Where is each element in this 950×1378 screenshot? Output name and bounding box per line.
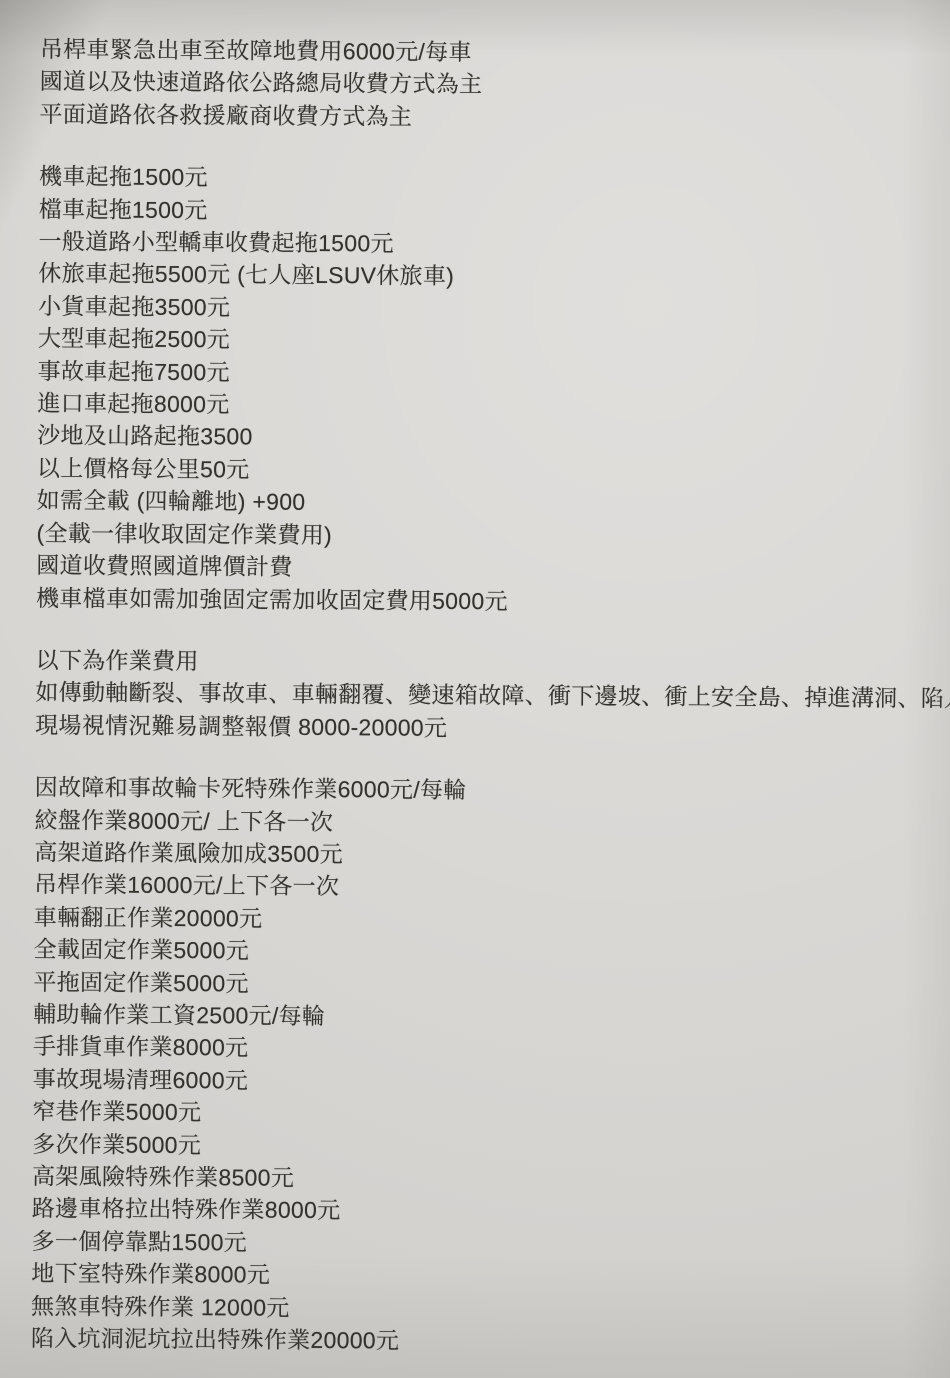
section-towing-base-fees: 機車起拖1500元檔車起拖1500元一般道路小型轎車收費起拖1500元休旅車起拖… bbox=[36, 160, 939, 620]
price-line: 機車檔車如需加強固定需加收固定費用5000元 bbox=[36, 581, 936, 620]
price-line: 陷入坑洞泥坑拉出特殊作業20000元 bbox=[31, 1322, 931, 1361]
price-list-document: 吊桿車緊急出車至故障地費用6000元/每車國道以及快速道路依公路總局收費方式為主… bbox=[31, 33, 940, 1361]
section-work-fee-intro: 以下為作業費用如傳動軸斷裂、事故車、車輛翻覆、變速箱故障、衝下邊坡、衝上安全島、… bbox=[35, 644, 936, 747]
price-line: 平面道路依各救援廠商收費方式為主 bbox=[39, 98, 939, 137]
price-line: 現場視情況難易調整報價 8000-20000元 bbox=[35, 709, 935, 748]
section-special-work-fees: 因故障和事故輪卡死特殊作業6000元/每輪絞盤作業8000元/ 上下各一次高架道… bbox=[31, 771, 935, 1361]
section-general-notes: 吊桿車緊急出車至故障地費用6000元/每車國道以及快速道路依公路總局收費方式為主… bbox=[39, 33, 940, 136]
